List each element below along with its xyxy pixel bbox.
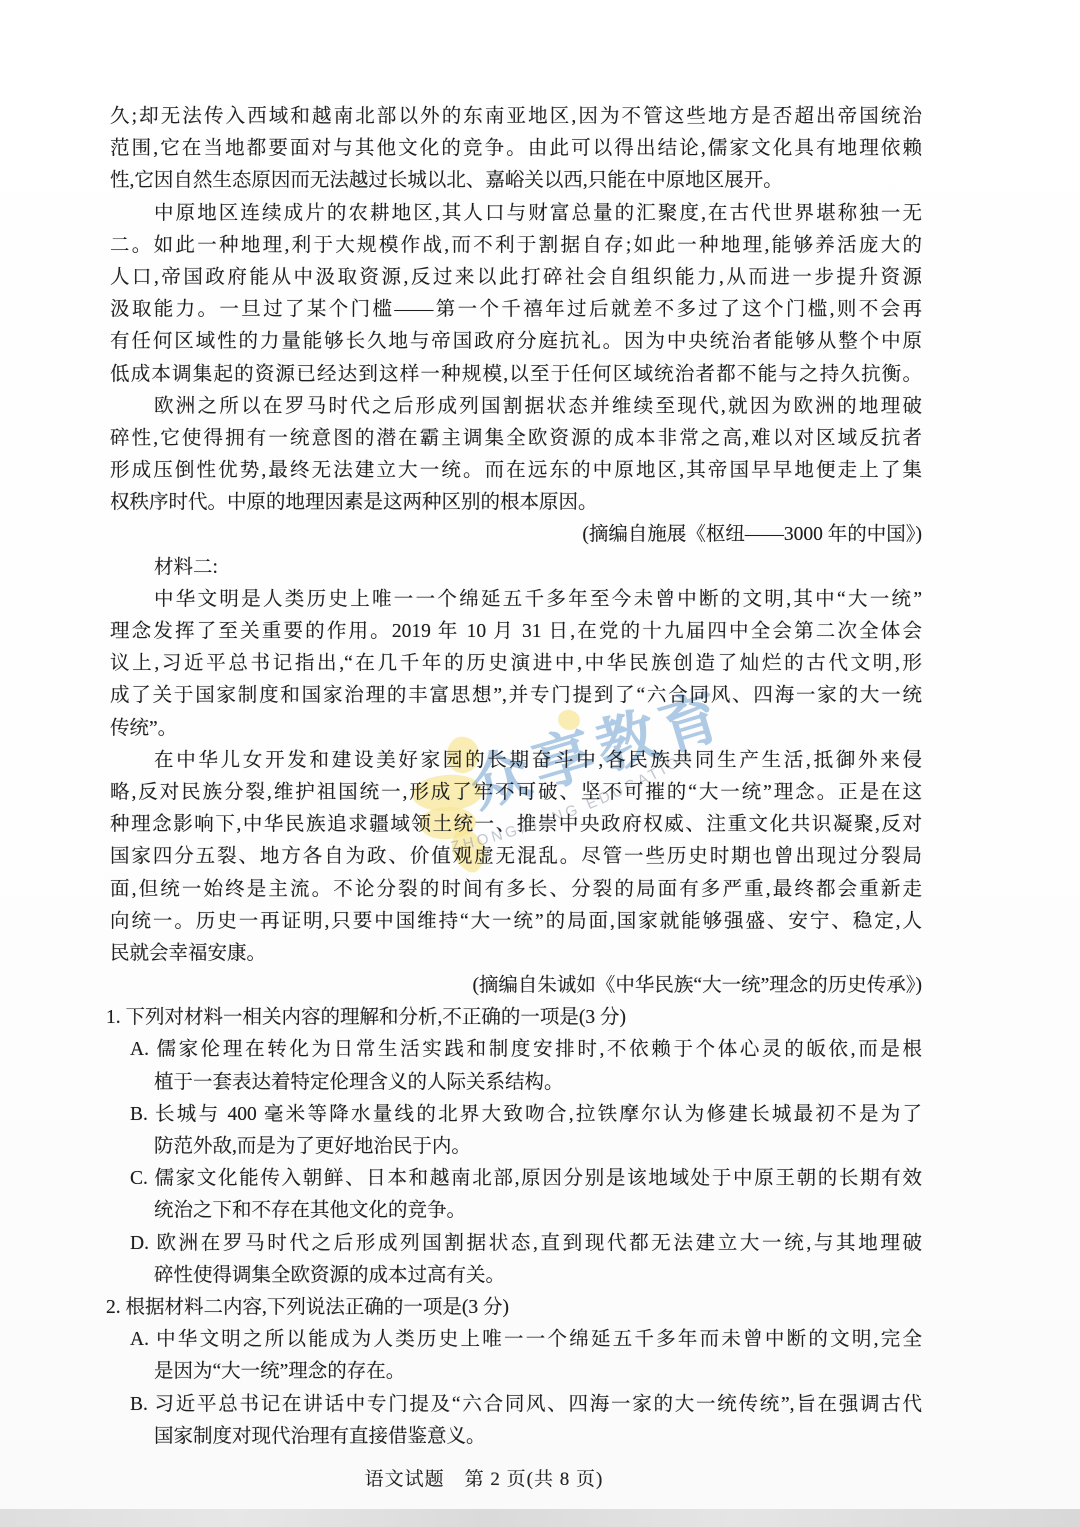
- text-line-11: 碎性,它使得拥有一统意图的潜在霸主调集全欧资源的成本非常之高,难以对区域反抗者: [110, 423, 922, 455]
- page-footer: 语文试题 第 2 页(共 8 页): [365, 1464, 604, 1491]
- text-line-37: 碎性使得调集全欧资源的成本过高有关。: [154, 1260, 922, 1292]
- text-line-41: B. 习近平总书记在讲话中专门提及“六合同风、四海一家的大一统传统”,旨在强调古…: [130, 1389, 922, 1421]
- text-line-28: (摘编自朱诚如《中华民族“大一统”理念的历史传承》): [110, 970, 922, 1002]
- text-line-30: A. 儒家伦理在转化为日常生活实践和制度安排时,不依赖于个体心灵的皈依,而是根: [130, 1034, 922, 1066]
- text-line-4: 中原地区连续成片的农耕地区,其人口与财富总量的汇聚度,在古代世界堪称独一无: [110, 198, 922, 230]
- text-line-18: 议上,习近平总书记指出,“在几千年的历史演进中,中华民族创造了灿烂的古代文明,形: [110, 648, 922, 680]
- text-line-3: 性,它因自然生态原因而无法越过长城以北、嘉峪关以西,只能在中原地区展开。: [110, 165, 922, 197]
- text-line-1: 久;却无法传入西域和越南北部以外的东南亚地区,因为不管这些地方是否超出帝国统治: [110, 101, 922, 133]
- text-line-6: 人口,帝国政府能从中汲取资源,反过来以此打碎社会自组织能力,从而进一步提升资源: [110, 262, 922, 294]
- document-body: 久;却无法传入西域和越南北部以外的东南亚地区,因为不管这些地方是否超出帝国统治范…: [110, 101, 922, 1453]
- text-line-39: A. 中华文明之所以能成为人类历史上唯一一个绵延五千多年而未曾中断的文明,完全: [130, 1324, 922, 1356]
- text-line-14: (摘编自施展《枢纽——3000 年的中国》): [110, 519, 922, 551]
- text-line-32: B. 长城与 400 毫米等降水量线的北界大致吻合,拉铁摩尔认为修建长城最初不是…: [130, 1099, 922, 1131]
- document-lines: 久;却无法传入西域和越南北部以外的东南亚地区,因为不管这些地方是否超出帝国统治范…: [110, 101, 922, 1453]
- text-line-7: 汲取能力。一旦过了某个门槛——第一个千禧年过后就差不多过了这个门槛,则不会再: [110, 294, 922, 326]
- text-line-22: 略,反对民族分裂,维护祖国统一,形成了牢不可破、坚不可摧的“大一统”理念。正是在…: [110, 777, 922, 809]
- text-line-23: 种理念影响下,中华民族追求疆域领土统一、推崇中央政府权威、注重文化共识凝聚,反对: [110, 809, 922, 841]
- text-line-2: 范围,它在当地都要面对与其他文化的竞争。由此可以得出结论,儒家文化具有地理依赖: [110, 133, 922, 165]
- text-line-8: 有任何区域性的力量能够长久地与帝国政府分庭抗礼。因为中央统治者能够从整个中原: [110, 326, 922, 358]
- exam-page: 众享教育 ZHONGXIANG EDUCATION 久;却无法传入西域和越南北部…: [0, 0, 1080, 1527]
- text-line-5: 二。如此一种地理,利于大规模作战,而不利于割据自存;如此一种地理,能够养活庞大的: [110, 230, 922, 262]
- text-line-20: 传统”。: [110, 713, 922, 745]
- text-line-36: D. 欧洲在罗马时代之后形成列国割据状态,直到现代都无法建立大一统,与其地理破: [130, 1228, 922, 1260]
- scan-edge-strip: [0, 1509, 1080, 1527]
- text-line-19: 成了关于国家制度和国家治理的丰富思想”,并专门提到了“六合同风、四海一家的大一统: [110, 680, 922, 712]
- text-line-29: 1. 下列对材料一相关内容的理解和分析,不正确的一项是(3 分): [106, 1002, 922, 1034]
- text-line-34: C. 儒家文化能传入朝鲜、日本和越南北部,原因分别是该地域处于中原王朝的长期有效: [130, 1163, 922, 1195]
- text-line-24: 国家四分五裂、地方各自为政、价值观虚无混乱。尽管一些历史时期也曾出现过分裂局: [110, 841, 922, 873]
- text-line-12: 形成压倒性优势,最终无法建立大一统。而在远东的中原地区,其帝国早早地便走上了集: [110, 455, 922, 487]
- text-line-13: 权秩序时代。中原的地理因素是这两种区别的根本原因。: [110, 487, 922, 519]
- text-line-15: 材料二:: [110, 552, 922, 584]
- text-line-33: 防范外敌,而是为了更好地治民于内。: [154, 1131, 922, 1163]
- text-line-9: 低成本调集起的资源已经达到这样一种规模,以至于任何区域统治者都不能与之持久抗衡。: [110, 359, 922, 391]
- text-line-10: 欧洲之所以在罗马时代之后形成列国割据状态并维续至现代,就因为欧洲的地理破: [110, 391, 922, 423]
- text-line-21: 在中华儿女开发和建设美好家园的长期奋斗中,各民族共同生产生活,抵御外来侵: [110, 745, 922, 777]
- text-line-27: 民就会幸福安康。: [110, 938, 922, 970]
- text-line-17: 理念发挥了至关重要的作用。2019 年 10 月 31 日,在党的十九届四中全会…: [110, 616, 922, 648]
- text-line-42: 国家制度对现代治理有直接借鉴意义。: [154, 1421, 922, 1453]
- text-line-16: 中华文明是人类历史上唯一一个绵延五千多年至今未曾中断的文明,其中“大一统”: [110, 584, 922, 616]
- text-line-31: 植于一套表达着特定伦理含义的人际关系结构。: [154, 1067, 922, 1099]
- text-line-26: 向统一。历史一再证明,只要中国维持“大一统”的局面,国家就能够强盛、安宁、稳定,…: [110, 906, 922, 938]
- text-line-38: 2. 根据材料二内容,下列说法正确的一项是(3 分): [106, 1292, 922, 1324]
- text-line-40: 是因为“大一统”理念的存在。: [154, 1356, 922, 1388]
- text-line-25: 面,但统一始终是主流。不论分裂的时间有多长、分裂的局面有多严重,最终都会重新走: [110, 874, 922, 906]
- text-line-35: 统治之下和不存在其他文化的竞争。: [154, 1195, 922, 1227]
